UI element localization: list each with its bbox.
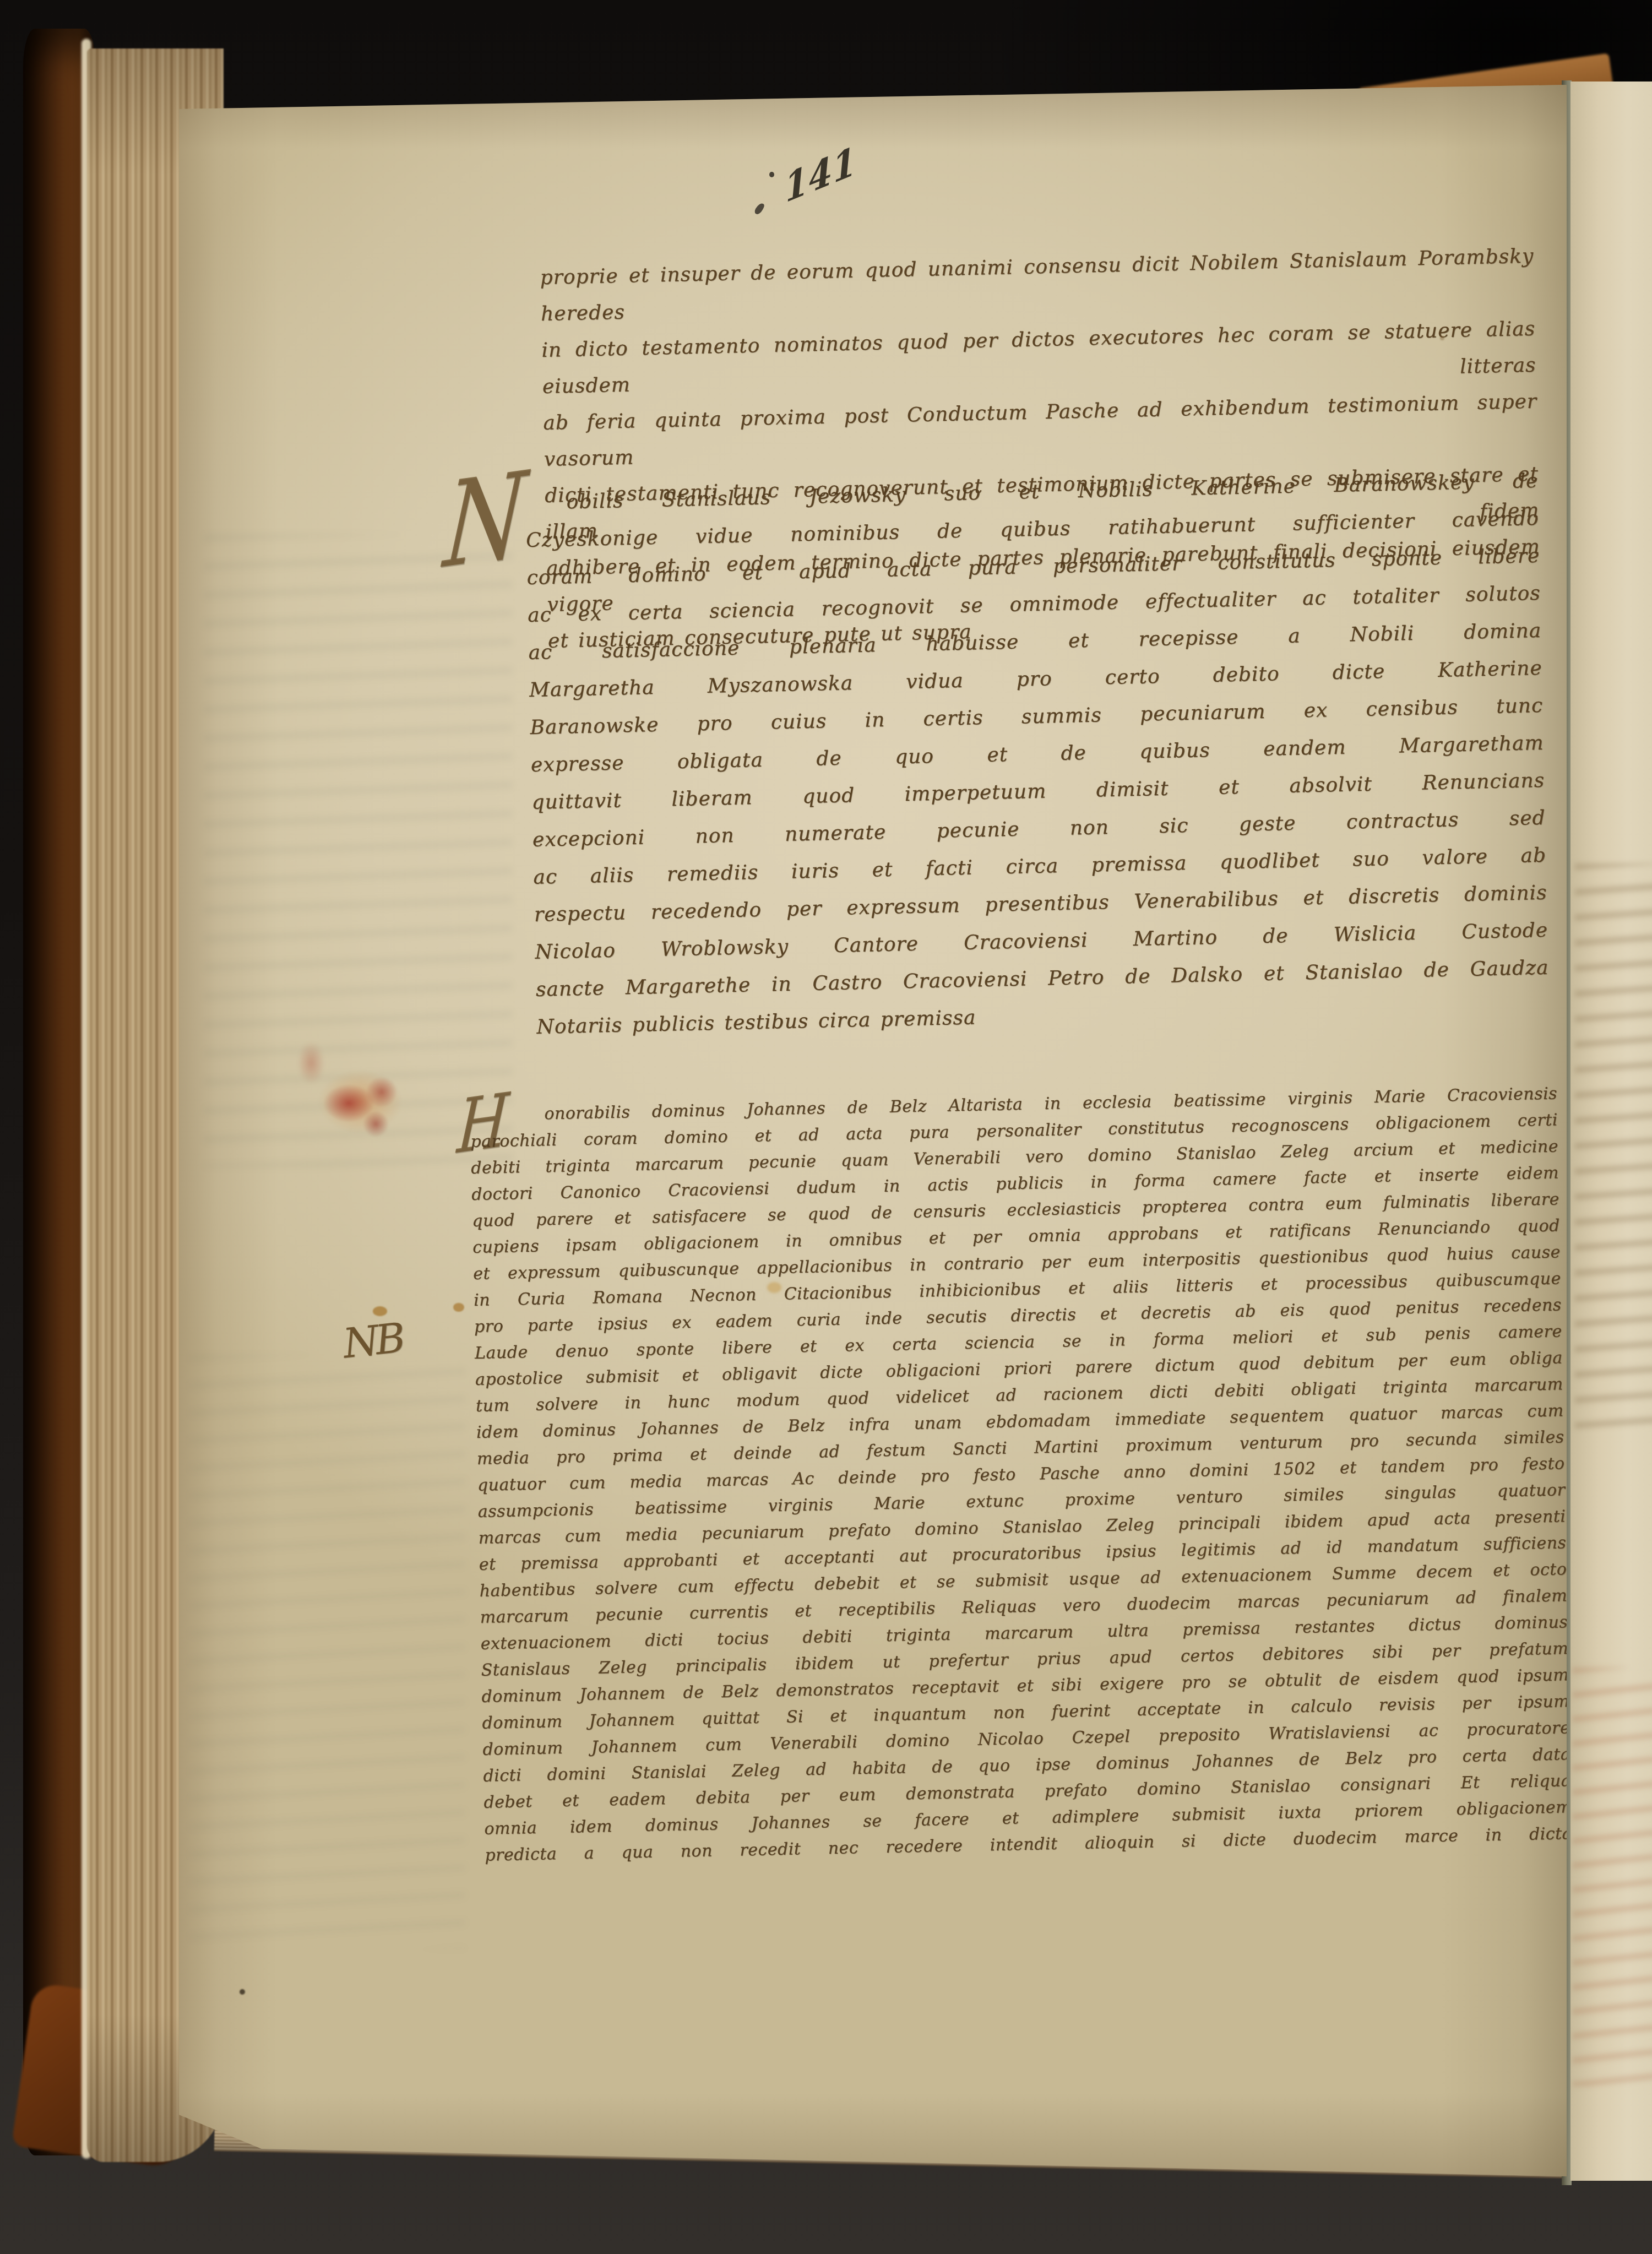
ink-mark: [754, 202, 765, 215]
ink-speck: [1440, 336, 1444, 340]
paragraph-2: obilis Stanislaus Jezowsky suo et Nobili…: [525, 463, 1550, 1046]
nota-bene-marginalia: NB: [341, 1315, 405, 1368]
stain-speck: [453, 1303, 464, 1312]
stain-speck: [767, 1282, 781, 1293]
manuscript-page: 141 proprie et insuper de eorum quod una…: [179, 77, 1567, 2186]
ink-speck: [240, 1989, 245, 1995]
facing-page-ghost-text: [1575, 863, 1652, 1442]
illuminated-initial-n: N: [441, 446, 530, 595]
verso-show-through: [190, 1355, 465, 1949]
facing-page-ghost-text: [1573, 1668, 1652, 2086]
facing-page-edge: [1571, 82, 1652, 2181]
paragraph-3: onorabilis dominus Johannes de Belz Alta…: [470, 1080, 1573, 1869]
manuscript-photo: 141 proprie et insuper de eorum quod una…: [0, 0, 1652, 2254]
ink-dot: [769, 172, 774, 177]
folio-number: 141: [783, 138, 858, 212]
stain-speck: [373, 1306, 387, 1316]
